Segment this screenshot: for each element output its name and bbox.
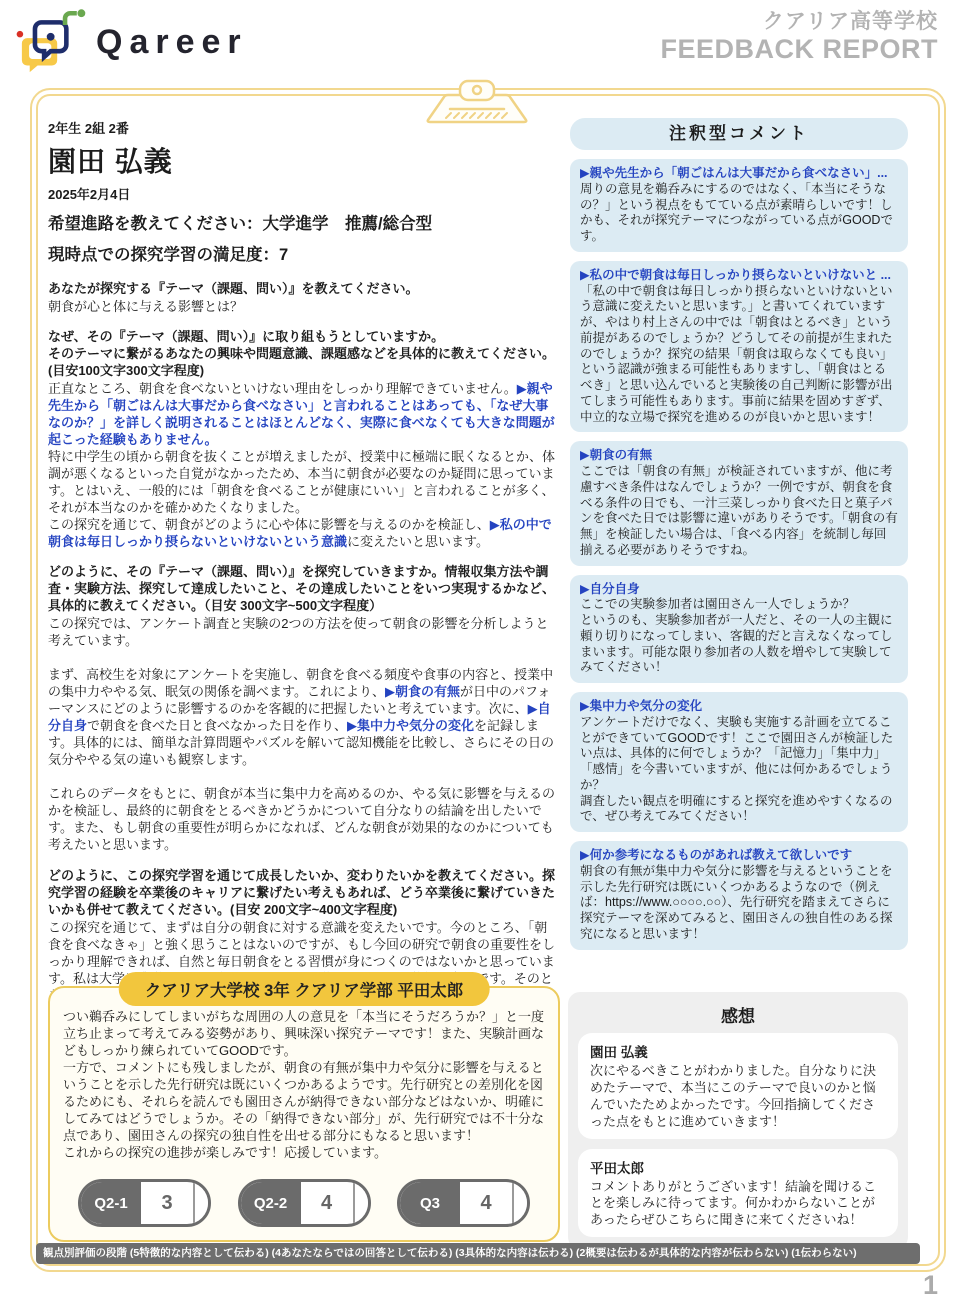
rating-label: Q2-1 [81,1182,141,1224]
rating-pill-tail [514,1182,527,1224]
rating-value: 4 [301,1182,355,1224]
answer-text: 正直なところ、朝食を食べないといけない理由をしっかり理解できていません。 [48,381,517,396]
question-answer: この探究では、アンケート調査と実験の2つの方法を使って朝食の影響を分析しようと考… [48,615,556,853]
answer-text: に変えたいと思います。 [347,534,489,549]
report-date: 2025年2月4日 [48,184,556,203]
annotated-highlight: ▶集中力や気分の変化 [347,718,474,733]
comment-anchor: ▶私の中で朝食は毎日しっかり摂らないといけないと ... [580,268,898,284]
qareer-logo: Qareer [14,8,248,76]
comment-anchor: ▶親や先生から「朝ごはんは大事だから食べなさい」... [580,166,898,182]
impression-text: コメントありがとうございます！結論を聞けることを楽しみに待ってます。何かわからな… [590,1179,886,1230]
supporter-comment-text: つい鵜呑みにしてしまいがちな周囲の人の意見を「本当にそうだろうか？」と一度立ち止… [50,988,558,1161]
annotation-comments-title: 注釈型コメント [570,118,908,150]
rating-pill-q2-2: Q2-2 4 [238,1179,371,1227]
question-heading: なぜ、その『テーマ（課題、問い）』に取り組もうとしていますか。 そのテーマに繋が… [48,328,556,379]
answer-text: で朝食を食べた日と食べなかった日を作り、 [87,718,347,733]
page-number: 1 [923,1270,938,1301]
impression-text: 次にやるべきことがわかりました。自分なりに決めたテーマで、本当にこのテーマで良い… [590,1063,886,1131]
comment-anchor: ▶何か参考になるものがあれば教えて欲しいです [580,848,898,864]
answer-text: 特に中学生の頃から朝食を抜くことが増えましたが、授業中に極端に眠くなるとか、体調… [48,449,555,532]
rating-pills-row: Q2-1 3 Q2-2 4 Q3 4 [78,1179,530,1227]
question-block-theme: あなたが探究する『テーマ（課題、問い）』を教えてください。 朝食が心と体に与える… [48,280,556,315]
school-name: クアリア高等学校 [660,10,938,34]
student-grade-class: 2年生 2組 2番 [48,118,556,137]
annotated-highlight: ▶朝食の有無 [385,684,460,699]
qareer-logo-icon [14,8,86,76]
comment-body: 周りの意見を鵜呑みにするのではなく、「本当にそうなの？」という視点をもてている点… [580,182,898,245]
rating-pill-q3: Q3 4 [397,1179,530,1227]
comment-anchor: ▶自分自身 [580,582,898,598]
impression-author: 平田太郎 [590,1157,886,1177]
impression-card: 平田太郎 コメントありがとうございます！結論を聞けることを楽しみに待ってます。何… [578,1149,898,1238]
page-header: Qareer クアリア高等学校 FEEDBACK REPORT [0,0,954,86]
question-block-how: どのように、その『テーマ（課題、問い）』を探究していきますか。情報収集方法や調査… [48,563,556,853]
student-name: 園田 弘義 [48,140,556,180]
impressions-box: 感想 園田 弘義 次にやるべきことがわかりました。自分なりに決めたテーマで、本当… [568,992,908,1249]
feedback-report-page: Qareer クアリア高等学校 FEEDBACK REPORT 2年生 2組 2… [0,0,954,1310]
supporter-comment-box: クアリア大学校 3年 クアリア学部 平田太郎 つい鵜呑みにしてしまいがちな周囲の… [48,986,560,1242]
annotation-comment: ▶私の中で朝食は毎日しっかり摂らないといけないと ... 「私の中で朝食は毎日し… [570,261,908,433]
rating-pill-tail [355,1182,368,1224]
comment-anchor: ▶集中力や気分の変化 [580,699,898,715]
rating-scale-legend: 観点別評価の段階 (5特徴的な内容として伝わる) (4あなたならではの回答として… [36,1243,920,1264]
annotation-comment: ▶自分自身 ここでの実験参加者は園田さん一人でしょうか？ というのも、実験参加者… [570,575,908,684]
comment-body: アンケートだけでなく、実験も実施する計画を立てることができていてGOODです！こ… [580,715,898,825]
rating-label: Q3 [400,1182,460,1224]
annotation-comment: ▶集中力や気分の変化 アンケートだけでなく、実験も実施する計画を立てることができ… [570,692,908,832]
annotation-comment: ▶何か参考になるものがあれば教えて欲しいです 朝食の有無が集中力や気分に影響を与… [570,841,908,950]
impressions-title: 感想 [578,1002,898,1027]
question-heading: どのように、この探究学習を通じて成長したいか、変わりたいかを教えてください。探究… [48,867,556,918]
comment-body: ここでの実験参加者は園田さん一人でしょうか？ というのも、実験参加者が一人だと、… [580,597,898,676]
annotation-comments-column: 注釈型コメント ▶親や先生から「朝ごはんは大事だから食べなさい」... 周りの意… [570,118,908,959]
question-answer: 正直なところ、朝食を食べないといけない理由をしっかり理解できていません。▶親や先… [48,380,556,550]
report-title: FEEDBACK REPORT [660,34,938,64]
rating-pill-tail [195,1182,208,1224]
annotation-comment: ▶親や先生から「朝ごはんは大事だから食べなさい」... 周りの意見を鵜呑みにする… [570,159,908,252]
impression-card: 園田 弘義 次にやるべきことがわかりました。自分なりに決めたテーマで、本当にこの… [578,1033,898,1139]
question-answer: 朝食が心と体に与える影響とは？ [48,298,556,315]
question-block-why: なぜ、その『テーマ（課題、問い）』に取り組もうとしていますか。 そのテーマに繋が… [48,328,556,550]
report-header-text: クアリア高等学校 FEEDBACK REPORT [660,10,938,64]
rating-value: 4 [460,1182,514,1224]
impression-author: 園田 弘義 [590,1041,886,1061]
logo-wordmark: Qareer [96,23,248,62]
rating-label: Q2-2 [241,1182,301,1224]
comment-body: ここでは「朝食の有無」が検証されていますが、他に考慮すべき条件はなんでしょうか？… [580,464,898,559]
career-path-line: 希望進路を教えてください：大学進学 推薦/総合型 [48,210,556,234]
supporter-name-badge: クアリア大学校 3年 クアリア学部 平田太郎 [119,972,490,1006]
question-heading: どのように、その『テーマ（課題、問い）』を探究していきますか。情報収集方法や調査… [48,563,556,614]
satisfaction-line: 現時点での探究学習の満足度：7 [48,241,556,265]
comment-anchor: ▶朝食の有無 [580,448,898,464]
comment-body: 「私の中で朝食は毎日しっかり摂らないといけないという意識に変えたいと思います。」… [580,284,898,426]
question-heading: あなたが探究する『テーマ（課題、問い）』を教えてください。 [48,280,556,297]
rating-value: 3 [141,1182,195,1224]
comment-body: 朝食の有無が集中力や気分に影響を与えるということを示した先行研究は既にいくつかあ… [580,864,898,943]
annotation-comment: ▶朝食の有無 ここでは「朝食の有無」が検証されていますが、他に考慮すべき条件はな… [570,441,908,565]
answer-text: を記録します。具体的には、簡単な計算問題やパズルを解いて認知機能を比較し、さらに… [48,718,555,852]
rating-pill-q2-1: Q2-1 3 [78,1179,211,1227]
